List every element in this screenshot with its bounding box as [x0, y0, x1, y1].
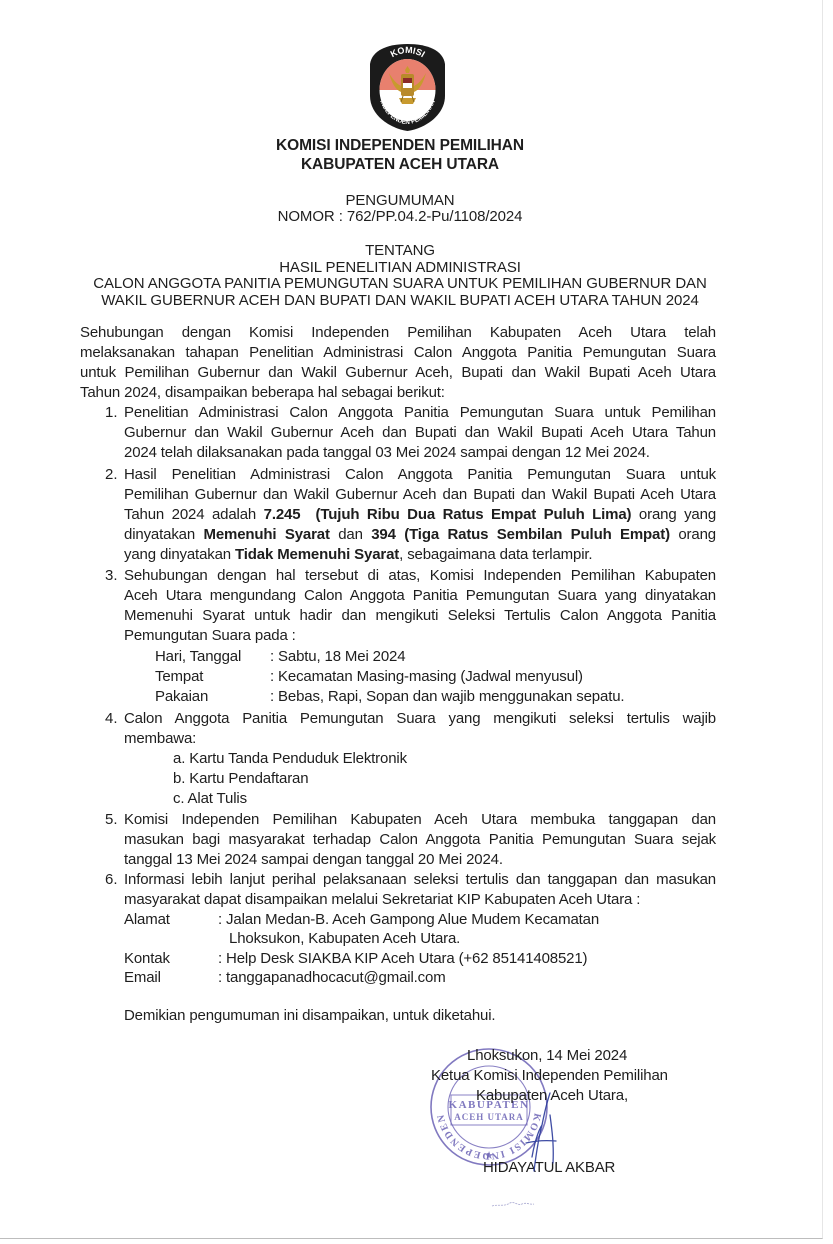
contact-label: Kontak — [124, 950, 170, 967]
subject-line2: CALON ANGGOTA PANITIA PEMUNGUTAN SUARA U… — [0, 275, 800, 292]
intro-line: Sehubungan dengan Komisi Independen Pemi… — [80, 324, 716, 341]
item1-line: Penelitian Administrasi Calon Anggota Pa… — [124, 404, 716, 421]
signature-place-date: Lhoksukon, 14 Mei 2024 — [467, 1047, 627, 1064]
item2-line: yang dinyatakan Tidak Memenuhi Syarat, s… — [124, 546, 592, 563]
text: , sebagaimana data terlampir. — [399, 546, 592, 563]
requirement-item: c. Alat Tulis — [173, 790, 247, 807]
intro-line: melaksanakan tahapan Penelitian Administ… — [80, 344, 716, 361]
org-name-line2: KABUPATEN ACEH UTARA — [0, 156, 800, 174]
text: dinyatakan — [124, 526, 203, 543]
closing-text: Demikian pengumuman ini disampaikan, unt… — [124, 1007, 495, 1024]
item4-line: Calon Anggota Panitia Pemungutan Suara y… — [124, 710, 716, 727]
item3-line: Aceh Utara mengundang Calon Anggota Pani… — [124, 587, 716, 604]
org-name-line1: KOMISI INDEPENDEN PEMILIHAN — [0, 137, 800, 155]
handwritten-signature-icon — [520, 1085, 560, 1175]
schedule-value: : Sabtu, 18 Mei 2024 — [270, 648, 405, 665]
item1-line: Gubernur dan Wakil Gubernur Aceh dan Bup… — [124, 424, 716, 441]
email-value[interactable]: : tanggapanadhocacut@gmail.com — [218, 969, 446, 986]
subject-line3: WAKIL GUBERNUR ACEH DAN BUPATI DAN WAKIL… — [0, 292, 800, 309]
item-number: 4. — [105, 710, 118, 727]
eligible-status: Memenuhi Syarat — [203, 526, 329, 543]
helpdesk-value: : Help Desk SIAKBA KIP Aceh Utara (+62 8… — [218, 950, 587, 967]
item4-line: membawa: — [124, 730, 196, 747]
text: orang — [670, 526, 716, 543]
item2-line: Tahun 2024 adalah 7.245 (Tujuh Ribu Dua … — [124, 506, 716, 523]
doc-number: NOMOR : 762/PP.04.2-Pu/1108/2024 — [0, 208, 800, 225]
text: yang dinyatakan — [124, 546, 235, 563]
document-page: KOMISI INDEPENDEN PEMILIHAN KOMISI INDEP… — [0, 0, 823, 1239]
text: Tahun 2024 adalah — [124, 506, 264, 523]
schedule-value: : Kecamatan Masing-masing (Jadwal menyus… — [270, 668, 583, 685]
item3-line: Memenuhi Syarat untuk hadir dan mengikut… — [124, 607, 716, 624]
contact-label: Email — [124, 969, 161, 986]
item6-line: Informasi lebih lanjut perihal pelaksana… — [124, 871, 716, 888]
item-number: 6. — [105, 871, 118, 888]
schedule-value: : Bebas, Rapi, Sopan dan wajib menggunak… — [270, 688, 624, 705]
schedule-label: Hari, Tanggal — [155, 648, 241, 665]
doc-type: PENGUMUMAN — [0, 192, 800, 209]
item2-line: dinyatakan Memenuhi Syarat dan 394 (Tiga… — [124, 526, 716, 543]
intro-line: untuk Pemilihan Gubernur dan Wakil Guber… — [80, 364, 716, 381]
item1-line: 2024 telah dilaksanakan pada tanggal 03 … — [124, 444, 650, 461]
signature-title-line1: Ketua Komisi Independen Pemilihan — [431, 1067, 668, 1084]
item3-line: Sehubungan dengan hal tersebut di atas, … — [124, 567, 716, 584]
item6-line: masyarakat dapat disampaikan melalui Sek… — [124, 891, 640, 908]
schedule-label: Pakaian — [155, 688, 208, 705]
address-value: : Jalan Medan-B. Aceh Gampong Alue Mudem… — [218, 911, 599, 928]
item-number: 5. — [105, 811, 118, 828]
item2-line: Pemilihan Gubernur dan Wakil Gubernur Ac… — [124, 486, 716, 503]
svg-text:ACEH UTARA: ACEH UTARA — [454, 1112, 524, 1122]
eligible-words: (Tujuh Ribu Dua Ratus Empat Puluh Lima) — [316, 506, 632, 523]
ineligible-status: Tidak Memenuhi Syarat — [235, 546, 399, 563]
item-number: 3. — [105, 567, 118, 584]
paraf-initial-icon — [490, 1198, 535, 1210]
about-label: TENTANG — [0, 242, 800, 259]
contact-label: Alamat — [124, 911, 170, 928]
item5-line: tanggal 13 Mei 2024 sampai dengan tangga… — [124, 851, 503, 868]
address-value-cont: Lhoksukon, Kabupaten Aceh Utara. — [229, 930, 460, 947]
requirement-item: b. Kartu Pendaftaran — [173, 770, 308, 787]
subject-line1: HASIL PENELITIAN ADMINISTRASI — [0, 259, 800, 276]
text: dan — [330, 526, 371, 543]
item5-line: Komisi Independen Pemilihan Kabupaten Ac… — [124, 811, 716, 828]
item-number: 2. — [105, 466, 118, 483]
eligible-count: 7.245 — [264, 506, 301, 523]
text: orang yang — [631, 506, 716, 523]
schedule-label: Tempat — [155, 668, 203, 685]
item2-line: Hasil Penelitian Administrasi Calon Angg… — [124, 466, 716, 483]
item5-line: masukan bagi masyarakat terhadap Calon A… — [124, 831, 716, 848]
ineligible-count: 394 (Tiga Ratus Sembilan Puluh Empat) — [371, 526, 670, 543]
intro-line: Tahun 2024, disampaikan beberapa hal seb… — [80, 384, 445, 401]
requirement-item: a. Kartu Tanda Penduduk Elektronik — [173, 750, 407, 767]
item-number: 1. — [105, 404, 118, 421]
item3-line: Pemungutan Suara pada : — [124, 627, 296, 644]
kip-logo-icon: KOMISI INDEPENDEN PEMILIHAN — [365, 40, 450, 134]
